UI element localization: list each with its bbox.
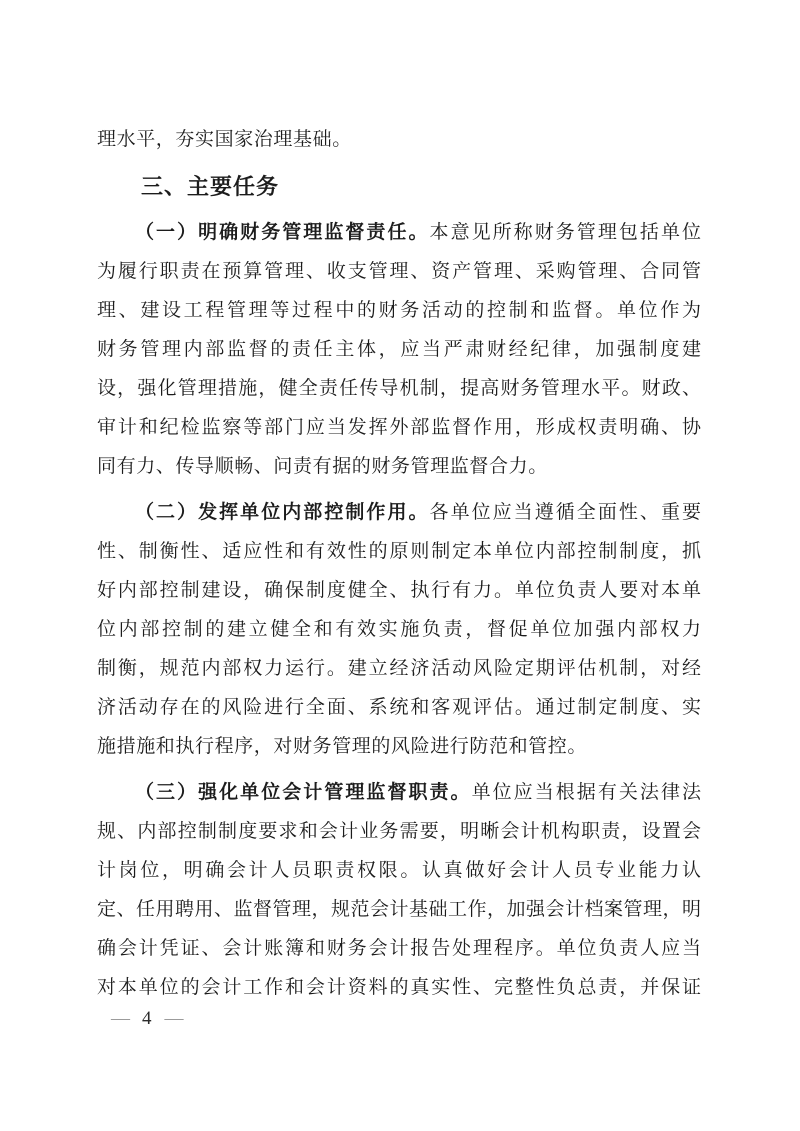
text-line: 计岗位，明确会计人员职责权限。认真做好会计人员专业能力认 <box>97 851 701 890</box>
text-line: 财务管理内部监督的责任主体，应当严肃财经纪律，加强制度建 <box>97 330 701 369</box>
text-line: 济活动存在的风险进行全面、系统和客观评估。通过制定制度、实 <box>97 688 701 727</box>
text-line: 理、建设工程管理等过程中的财务活动的控制和监督。单位作为 <box>97 291 701 330</box>
footer-dash-left: — <box>111 1006 129 1032</box>
text-line: 确会计凭证、会计账簿和财务会计报告处理程序。单位负责人应当 <box>97 929 701 968</box>
text-line: 为履行职责在预算管理、收支管理、资产管理、采购管理、合同管 <box>97 252 701 291</box>
footer-dash-right: — <box>165 1006 183 1032</box>
paragraph-text: 本意见所称财务管理包括单位 <box>430 222 701 243</box>
continuation-line: 理水平，夯实国家治理基础。 <box>97 120 701 159</box>
text-line: 制衡，规范内部权力运行。建立经济活动风险定期评估机制，对经 <box>97 649 701 688</box>
text-line: 审计和纪检监察等部门应当发挥外部监督作用，形成权责明确、协 <box>97 408 701 447</box>
text-line: 设，强化管理措施，健全责任传导机制，提高财务管理水平。财政、 <box>97 369 701 408</box>
paragraph-lead: （二）发挥单位内部控制作用。 <box>135 502 430 523</box>
paragraph-first-line: （二）发挥单位内部控制作用。各单位应当遵循全面性、重要 <box>97 493 701 532</box>
text-line: 定、任用聘用、监督管理，规范会计基础工作，加强会计档案管理，明 <box>97 890 701 929</box>
text-line: 位内部控制的建立健全和有效实施负责，督促单位加强内部权力 <box>97 610 701 649</box>
page-number: 4 <box>138 1006 156 1032</box>
paragraph-first-line: （一）明确财务管理监督责任。本意见所称财务管理包括单位 <box>97 213 701 252</box>
text-line: 同有力、传导顺畅、问责有据的财务管理监督合力。 <box>97 447 701 486</box>
paragraph-text: 单位应当根据有关法律法 <box>472 782 701 803</box>
text-line: 施措施和执行程序，对财务管理的风险进行防范和管控。 <box>97 727 701 766</box>
paragraph-text: 各单位应当遵循全面性、重要 <box>430 502 701 523</box>
document-body: 理水平，夯实国家治理基础。三、主要任务（一）明确财务管理监督责任。本意见所称财务… <box>97 120 701 1007</box>
text-line: 规、内部控制制度要求和会计业务需要，明晰会计机构职责，设置会 <box>97 812 701 851</box>
paragraph-lead: （一）明确财务管理监督责任。 <box>135 222 430 243</box>
text-line: 对本单位的会计工作和会计资料的真实性、完整性负总责，并保证 <box>97 968 701 1007</box>
paragraph-first-line: （三）强化单位会计管理监督职责。单位应当根据有关法律法 <box>97 773 701 812</box>
document-page: 理水平，夯实国家治理基础。三、主要任务（一）明确财务管理监督责任。本意见所称财务… <box>0 0 800 1131</box>
text-line: 性、制衡性、适应性和有效性的原则制定本单位内部控制制度，抓 <box>97 532 701 571</box>
text-line: 好内部控制建设，确保制度健全、执行有力。单位负责人要对本单 <box>97 571 701 610</box>
paragraph-lead: （三）强化单位会计管理监督职责。 <box>135 782 472 803</box>
page-footer: — 4 — <box>111 1006 183 1032</box>
section-heading: 三、主要任务 <box>97 167 701 206</box>
